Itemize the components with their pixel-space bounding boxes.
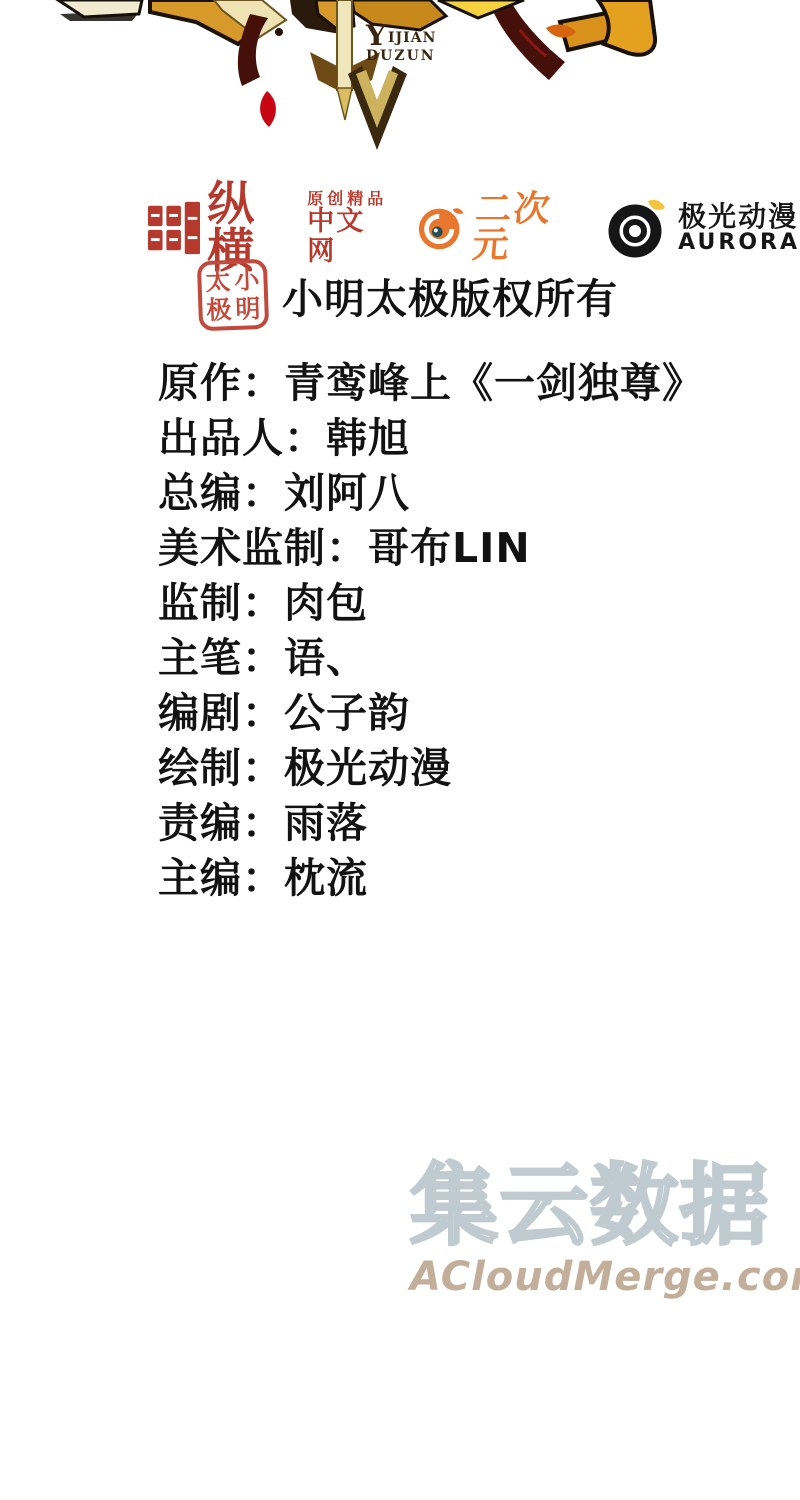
credit-line: 原作：青鸾峰上《一剑独尊》	[158, 356, 704, 411]
erciyuan-name: 二次元	[471, 192, 588, 264]
romanized-title-line1: IJIAN	[388, 30, 436, 46]
credit-label: 出品人：	[158, 414, 326, 462]
seal-char: 太	[203, 266, 233, 296]
credit-value: 肉包	[284, 579, 368, 627]
zongheng-tagline-top: 原创精品	[307, 190, 391, 207]
red-seal-stamp: 太 小 极 明	[197, 259, 269, 331]
credit-line: 绘制：极光动漫	[158, 741, 704, 796]
sword-tip	[337, 88, 352, 120]
credit-label: 绘制：	[158, 744, 284, 792]
credit-line: 美术监制：哥布LIN	[158, 521, 704, 576]
snail-swirl-icon	[415, 202, 465, 254]
credit-value: 哥布LIN	[368, 524, 531, 572]
aurora-logo: 极光动漫 AURORA	[608, 198, 800, 258]
credit-label: 总编：	[158, 469, 284, 517]
credit-label: 责编：	[158, 799, 284, 847]
credit-value: 雨落	[284, 799, 368, 847]
romanized-title-line2: DUZUN	[366, 48, 436, 64]
series-title-logo-art: Y IJIAN DUZUN	[0, 0, 800, 160]
credit-label: 监制：	[158, 579, 284, 627]
credit-label: 美术监制：	[158, 524, 368, 572]
copyright-text: 小明太极版权所有	[282, 266, 618, 325]
credit-value: 青鸾峰上《一剑独尊》	[284, 359, 704, 407]
credit-value: 刘阿八	[284, 469, 410, 517]
sword-guard-left	[310, 52, 337, 90]
seal-char: 明	[233, 294, 263, 324]
aurora-name-cn: 极光动漫	[678, 202, 800, 231]
concentric-rings-icon	[608, 198, 668, 258]
seal-char: 小	[232, 265, 262, 295]
zongheng-grid-icon	[148, 201, 200, 255]
aurora-names: 极光动漫 AURORA	[678, 202, 800, 254]
seal-char: 极	[204, 295, 234, 325]
credit-line: 出品人：韩旭	[158, 411, 704, 466]
credit-value: 极光动漫	[284, 744, 452, 792]
credit-label: 主编：	[158, 854, 284, 902]
credit-line: 编剧：公子韵	[158, 686, 704, 741]
credit-line: 责编：雨落	[158, 796, 704, 851]
credit-value: 韩旭	[326, 414, 410, 462]
credit-label: 主笔：	[158, 634, 284, 682]
comic-credits-page: Y IJIAN DUZUN	[0, 0, 800, 1500]
credit-line: 总编：刘阿八	[158, 466, 704, 521]
credit-value: 公子韵	[284, 689, 410, 737]
erciyuan-logo: 二次元	[415, 192, 584, 264]
credit-value: 语、	[284, 634, 368, 682]
credit-label: 原作：	[158, 359, 284, 407]
aurora-name-en: AURORA	[678, 231, 800, 254]
credit-line: 主笔：语、	[158, 631, 704, 686]
credit-value: 枕流	[284, 854, 368, 902]
copyright-row: 太 小 极 明 小明太极版权所有	[198, 260, 618, 330]
credit-label: 编剧：	[158, 689, 284, 737]
watermark-site-url: ACloudMerge.com	[410, 1254, 800, 1300]
watermark: 集云数据 ACloudMerge.com	[410, 1160, 800, 1300]
red-petal	[260, 91, 276, 127]
ink-drop	[275, 28, 283, 36]
zongheng-tagline-bottom: 中文网	[307, 207, 391, 265]
credit-line: 主编：枕流	[158, 851, 704, 906]
watermark-cn-text: 集云数据	[410, 1160, 800, 1252]
credits-list: 原作：青鸾峰上《一剑独尊》出品人：韩旭总编：刘阿八美术监制：哥布LIN监制：肉包…	[158, 356, 704, 906]
credit-line: 监制：肉包	[158, 576, 704, 631]
zongheng-taglines: 原创精品 中文网	[307, 190, 391, 266]
